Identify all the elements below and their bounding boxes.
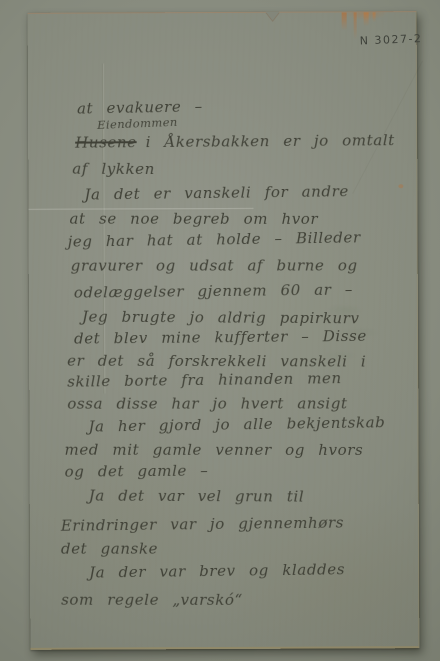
handwritten-line: gravurer og udsat af burne og [71, 256, 358, 274]
rust-stain-drip [373, 12, 376, 22]
rust-stain-spot [398, 184, 403, 188]
handwritten-line: Erindringer var jo gjennemhørs [61, 513, 344, 534]
paper-notch [266, 12, 280, 21]
handwritten-line: odelæggelser gjennem 60 ar – [74, 280, 353, 301]
handwritten-line: er det så forskrekkeli vanskeli i [67, 352, 366, 371]
manuscript-page: N 3027-2 at evakuere – Eiendommen Husene… [28, 11, 420, 650]
rust-stain [336, 12, 396, 22]
line-text: i Åkersbakken er jo omtalt [146, 131, 395, 151]
inserted-word: Eiendommen [97, 115, 178, 132]
archive-number-label: N 3027-2 [360, 32, 423, 47]
photo-background: N 3027-2 at evakuere – Eiendommen Husene… [0, 0, 440, 661]
handwritten-line: det blev mine kufferter – Disse [74, 327, 367, 348]
handwritten-line: Ja her gjord jo alle bekjentskab [88, 413, 385, 435]
handwritten-line: og det gamle – [65, 462, 209, 481]
rust-stain-drip [354, 12, 357, 39]
handwritten-line: at evakuere – [77, 97, 203, 117]
handwritten-line: Jeg brugte jo aldrig papirkurv [82, 308, 360, 328]
handwritten-line: det ganske [61, 540, 158, 558]
diagonal-crease [352, 61, 423, 194]
handwritten-line: Ja det var vel grun til [89, 487, 305, 506]
handwritten-line: Ja det er vanskeli for andre [84, 182, 349, 203]
handwritten-line: jeg har hat at holde – Billeder [67, 228, 360, 250]
handwritten-line: Ja der var brev og kladdes [89, 560, 345, 581]
struck-word: Husene [75, 133, 137, 151]
handwritten-line: ossa disse har jo hvert ansigt [67, 394, 347, 412]
handwritten-line: Husenei Åkersbakken er jo omtalt [75, 131, 395, 152]
rust-stain-drip [364, 12, 369, 26]
handwritten-line: med mit gamle venner og hvors [65, 441, 364, 459]
handwritten-line: at se noe begreb om hvor [70, 210, 319, 228]
rust-stain-drip [342, 12, 347, 30]
handwritten-line: som regele „varskó“ [61, 591, 243, 609]
handwritten-line: skille borte fra hinanden men [67, 369, 342, 391]
handwritten-line: af lykken [72, 160, 155, 178]
